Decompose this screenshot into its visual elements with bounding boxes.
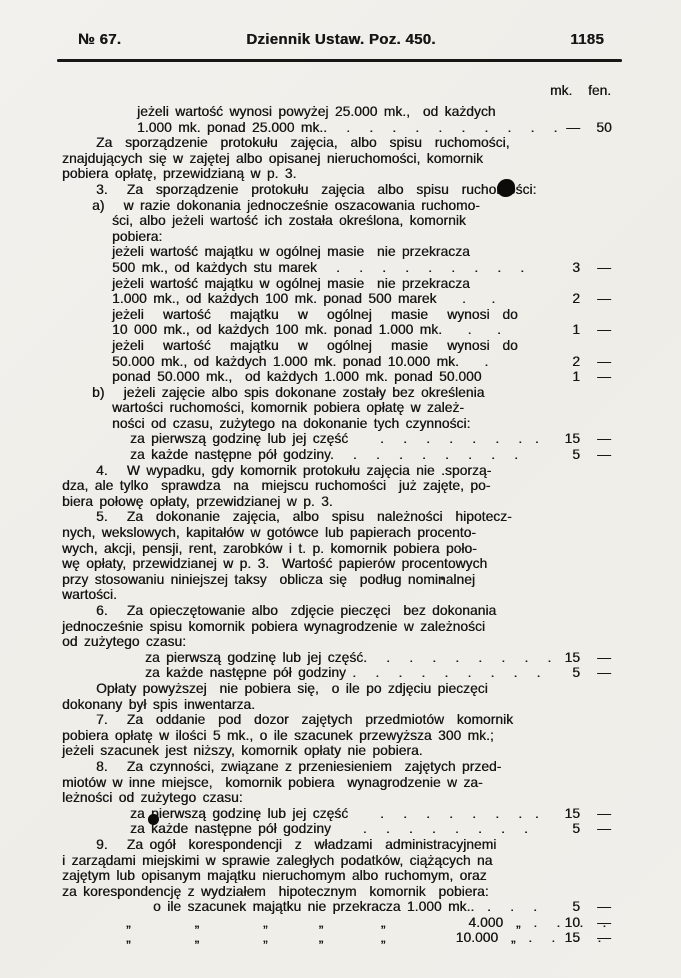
fee-fen-value: 50 [589,120,619,136]
line-text: za pierwszą godzinę lub jej część. . . .… [145,650,551,665]
line-text: 1.000 mk., od każdych 100 mk. ponad 500 … [112,291,495,306]
line-text: 5. Za dokonanie zajęcia, albo spisu nale… [96,509,512,524]
text-block: jeżeli wartość wynosi powyżej 25.000 mk.… [62,104,622,946]
text-line: ności od czasu, zużytego na dokonanie ty… [62,416,622,432]
text-line: Opłaty powyższej nie pobiera się, o ile … [62,681,622,697]
fee-mk-value: 1 [550,369,580,385]
document-page: № 67. Dziennik Ustaw. Poz. 450. 1185 mk.… [0,0,681,978]
fee-mk-value: 5 [550,447,580,463]
text-line: dza, ale tylko sprawdza na miejscu rucho… [62,478,622,494]
line-text: i zarządami miejskimi w sprawie zaległyc… [62,853,492,868]
line-text: 1.000 mk. ponad 25.000 mk.. . . . . . . … [137,120,557,135]
line-text: ności od czasu, zużytego na dokonanie ty… [112,416,470,431]
text-line: od zużytego czasu: [62,634,622,650]
line-text: jednocześnie spisu komornik pobiera wyna… [62,619,485,634]
text-line: 10 000 mk., od każdych 100 mk. ponad 1.0… [62,322,622,338]
line-text: ści, albo jeżeli wartość ich została okr… [112,213,466,228]
text-line: 3. Za sporządzenie protokułu zajęcia alb… [62,182,622,198]
text-line: 4. W wypadku, gdy komornik protokułu zaj… [62,463,622,479]
fee-fen-value: — [589,650,619,666]
fee-mk-value: 15 [550,930,580,946]
fee-mk-value: 15 [550,650,580,666]
page-header: № 67. Dziennik Ustaw. Poz. 450. 1185 [78,31,604,51]
fee-fen-value: — [589,431,619,447]
line-text: pobiera: [112,229,162,244]
line-text: 6. Za opieczętowanie albo zdjęcie pieczę… [96,603,496,618]
line-text: biera połowę opłaty, przewidzianej w p. … [62,494,333,509]
line-text: nych, wekslowych, kapitałów w gotówce lu… [62,525,476,540]
fee-fen-value: — [589,930,619,946]
line-text: a) w razie dokonania jednocześnie oszaco… [92,198,480,213]
fee-mk-value: 2 [550,291,580,307]
fee-mk-value: 15 [550,806,580,822]
fee-mk-value: 3 [550,260,580,276]
text-line: pobiera opłatę w ilości 5 mk., o ile sza… [62,728,622,744]
fee-mk-value: 15 [550,431,580,447]
text-line: dokonany był spis inwentarza. [62,697,622,713]
text-line: zajętym lub opisanym majątku nieruchomym… [62,868,622,884]
line-text: pobiera opłatę w ilości 5 mk., o ile sza… [62,728,494,743]
text-line: jednocześnie spisu komornik pobiera wyna… [62,619,622,635]
text-line: za każde następne pół godziny. . . . . .… [62,447,622,463]
text-line: 1.000 mk., od każdych 100 mk. ponad 500 … [62,291,622,307]
line-text: za każde następne pół godziny . . . . . … [145,665,540,680]
text-line: jeżeli wartość majątku w ogólnej masie w… [62,338,622,354]
fee-fen-value: — [589,260,619,276]
text-line: „ „ „ „ „ 4.000 „ . . . . 10 — [62,915,622,931]
text-line: a) w razie dokonania jednocześnie oszaco… [62,198,622,214]
line-text: leżności od zużytego czasu: [62,790,243,805]
text-line: wę opłaty, przewidzianej w p. 3. Wartość… [62,556,622,572]
fee-fen-value: — [589,354,619,370]
text-line: 7. Za oddanie pod dozor zajętych przedmi… [62,712,622,728]
fee-fen-value: — [589,806,619,822]
page-number: 1185 [570,31,604,48]
gazette-title: Dziennik Ustaw. Poz. 450. [78,31,604,48]
fee-column-mk-label: mk. [550,83,572,98]
line-text: o ile szacunek majątku nie przekracza 1.… [153,899,537,914]
text-line: pobiera opłatę, przewidzianą w p. 3. [62,166,622,182]
text-line: 8. Za czynności, związane z przeniesieni… [62,759,622,775]
text-line: za każde następne pół godziny . . . . . … [62,821,622,837]
line-text: wartości. [62,587,117,602]
line-text: od zużytego czasu: [62,634,186,649]
text-line: nych, wekslowych, kapitałów w gotówce lu… [62,525,622,541]
line-text: jeżeli wartość majątku w ogólnej masie w… [112,307,518,322]
line-text: za korespondencję z wydziałem hipoteczny… [62,884,489,899]
line-text: jeżeli wartość majątku w ogólnej masie n… [112,244,470,259]
line-text: Opłaty powyższej nie pobiera się, o ile … [96,681,488,696]
line-text: 50.000 mk., od każdych 1.000 mk. ponad 1… [112,354,488,369]
line-text: „ „ „ „ „ 4.000 „ . . . . [126,915,606,930]
text-line: jeżeli szacunek jest niższy, komornik op… [62,743,622,759]
text-line: za korespondencję z wydziałem hipoteczny… [62,884,622,900]
text-line: 50.000 mk., od każdych 1.000 mk. ponad 1… [62,354,622,370]
text-line: jeżeli wartość majątku w ogólnej masie w… [62,307,622,323]
fee-fen-value: — [589,899,619,915]
line-text: 4. W wypadku, gdy komornik protokułu zaj… [96,463,491,478]
line-text: za każde następne pół godziny. . . . . .… [130,447,518,462]
ink-speck [441,577,444,580]
fee-fen-value: — [589,915,619,931]
text-line: jeżeli wartość wynosi powyżej 25.000 mk.… [62,104,622,120]
line-text: dokonany był spis inwentarza. [62,697,255,712]
text-line: jeżeli wartość majątku w ogólnej masie n… [62,244,622,260]
line-text: 7. Za oddanie pod dozor zajętych przedmi… [96,712,513,727]
line-text: 8. Za czynności, związane z przeniesieni… [96,759,501,774]
text-line: 6. Za opieczętowanie albo zdjęcie pieczę… [62,603,622,619]
line-text: za pierwszą godzinę lub jej część . . . … [130,431,539,446]
line-text: b) jeżeli zajęcie albo spis dokonane zos… [92,385,484,400]
line-text: ponad 50.000 mk., od każdych 1.000 mk. p… [112,369,482,384]
line-text: jeżeli wartość majątku w ogólnej masie n… [112,276,470,291]
fee-fen-value: — [589,665,619,681]
line-text: wę opłaty, przewidzianej w p. 3. Wartość… [62,556,487,571]
line-text: 500 mk., od każdych stu marek . . . . . … [112,260,524,275]
line-text: jeżeli szacunek jest niższy, komornik op… [62,743,423,758]
text-line: „ „ „ „ „ 10.000 „ . . . . 15 — [62,930,622,946]
fee-mk-value: — [550,120,580,136]
text-line: 9. Za ogół korespondencji z władzami adm… [62,837,622,853]
text-line: wartości ruchomości, komornik pobiera op… [62,400,622,416]
fee-mk-value: 5 [550,821,580,837]
fee-fen-value: — [589,291,619,307]
text-line: za każde następne pół godziny . . . . . … [62,665,622,681]
fee-fen-value: — [589,821,619,837]
text-line: pobiera: [62,229,622,245]
fee-mk-value: 5 [550,665,580,681]
line-text: zajętym lub opisanym majątku nieruchomym… [62,868,487,883]
header-rule [57,59,622,62]
line-text: znajdujących się w zajętej albo opisanej… [62,151,483,166]
line-text: miotów w inne miejsce, komornik pobiera … [62,775,483,790]
text-line: przy stosowaniu niniejszej taksy oblicza… [62,572,622,588]
text-line: Za sporządzenie protokułu zajęcia, albo … [62,135,622,151]
line-text: przy stosowaniu niniejszej taksy oblicza… [62,572,475,587]
text-line: ponad 50.000 mk., od każdych 1.000 mk. p… [62,369,622,385]
fee-mk-value: 10 [550,915,580,931]
line-text: 10 000 mk., od każdych 100 mk. ponad 1.0… [112,322,501,337]
text-line: znajdujących się w zajętej albo opisanej… [62,151,622,167]
fee-fen-value: — [589,369,619,385]
text-line: wych, akcji, pensji, rent, zarobków i t.… [62,541,622,557]
line-text: wych, akcji, pensji, rent, zarobków i t.… [62,541,477,556]
line-text: „ „ „ „ „ 10.000 „ . . . . [126,930,601,945]
fee-mk-value: 5 [550,899,580,915]
text-line: za pierwszą godzinę lub jej część . . . … [62,806,622,822]
text-line: za pierwszą godzinę lub jej część. . . .… [62,650,622,666]
fee-fen-value: — [589,322,619,338]
text-line: o ile szacunek majątku nie przekracza 1.… [62,899,622,915]
line-text: jeżeli wartość wynosi powyżej 25.000 mk.… [137,104,496,119]
line-text: pobiera opłatę, przewidzianą w p. 3. [62,166,296,181]
line-text: Za sporządzenie protokułu zajęcia, albo … [96,135,510,150]
text-line: 5. Za dokonanie zajęcia, albo spisu nale… [62,509,622,525]
text-line: 500 mk., od każdych stu marek . . . . . … [62,260,622,276]
line-text: za pierwszą godzinę lub jej część . . . … [130,806,539,821]
line-text: wartości ruchomości, komornik pobiera op… [112,400,464,415]
text-line: i zarządami miejskimi w sprawie zaległyc… [62,853,622,869]
text-line: ści, albo jeżeli wartość ich została okr… [62,213,622,229]
text-line: 1.000 mk. ponad 25.000 mk.. . . . . . . … [62,120,622,136]
line-text: 9. Za ogół korespondencji z władzami adm… [96,837,496,852]
text-line: jeżeli wartość majątku w ogólnej masie n… [62,276,622,292]
line-text: za każde następne pół godziny . . . . . … [130,821,528,836]
fee-mk-value: 1 [550,322,580,338]
text-line: miotów w inne miejsce, komornik pobiera … [62,775,622,791]
text-line: b) jeżeli zajęcie albo spis dokonane zos… [62,385,622,401]
fee-fen-value: — [589,447,619,463]
fee-column-fen-label: fen. [588,83,611,98]
text-line: leżności od zużytego czasu: [62,790,622,806]
line-text: 3. Za sporządzenie protokułu zajęcia alb… [96,182,536,197]
line-text: dza, ale tylko sprawdza na miejscu rucho… [62,478,490,493]
fee-mk-value: 2 [550,354,580,370]
line-text: jeżeli wartość majątku w ogólnej masie w… [112,338,518,353]
text-line: biera połowę opłaty, przewidzianej w p. … [62,494,622,510]
text-line: za pierwszą godzinę lub jej część . . . … [62,431,622,447]
ink-blot [497,179,515,197]
text-line: wartości. [62,587,622,603]
